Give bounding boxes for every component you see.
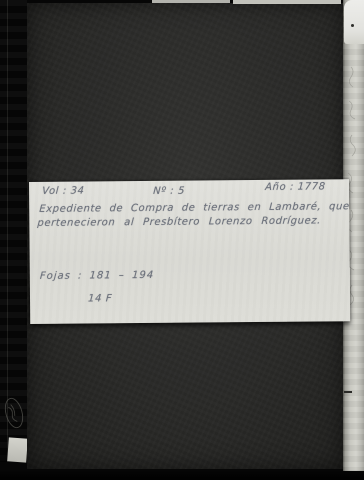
folio-count: 14 F — [88, 293, 113, 305]
expediente-number: Nº : 5 — [153, 186, 186, 198]
volume-number: Vol : 34 — [42, 186, 85, 198]
pasted-paper-label: Vol : 34 Nº : 5 Año : 1778 Expediente de… — [29, 179, 350, 324]
title-line-2: pertenecieron al Presbítero Lorenzo Rodr… — [37, 215, 321, 229]
edge-dark-dash — [344, 391, 352, 393]
fojas-range: Fojas : 181 – 194 — [39, 270, 154, 283]
bottom-shadow — [0, 470, 364, 480]
archive-cover-photo: Vol : 34 Nº : 5 Año : 1778 Expediente de… — [0, 0, 364, 480]
top-page-sliver — [152, 0, 230, 3]
top-right-page-corner — [344, 0, 364, 44]
pinhole-dot — [351, 24, 354, 27]
oval-stamp-mark — [1, 392, 27, 434]
top-page-sliver — [233, 0, 341, 4]
year: Año : 1778 — [265, 181, 326, 194]
left-edge-bottom-corner — [7, 437, 28, 462]
